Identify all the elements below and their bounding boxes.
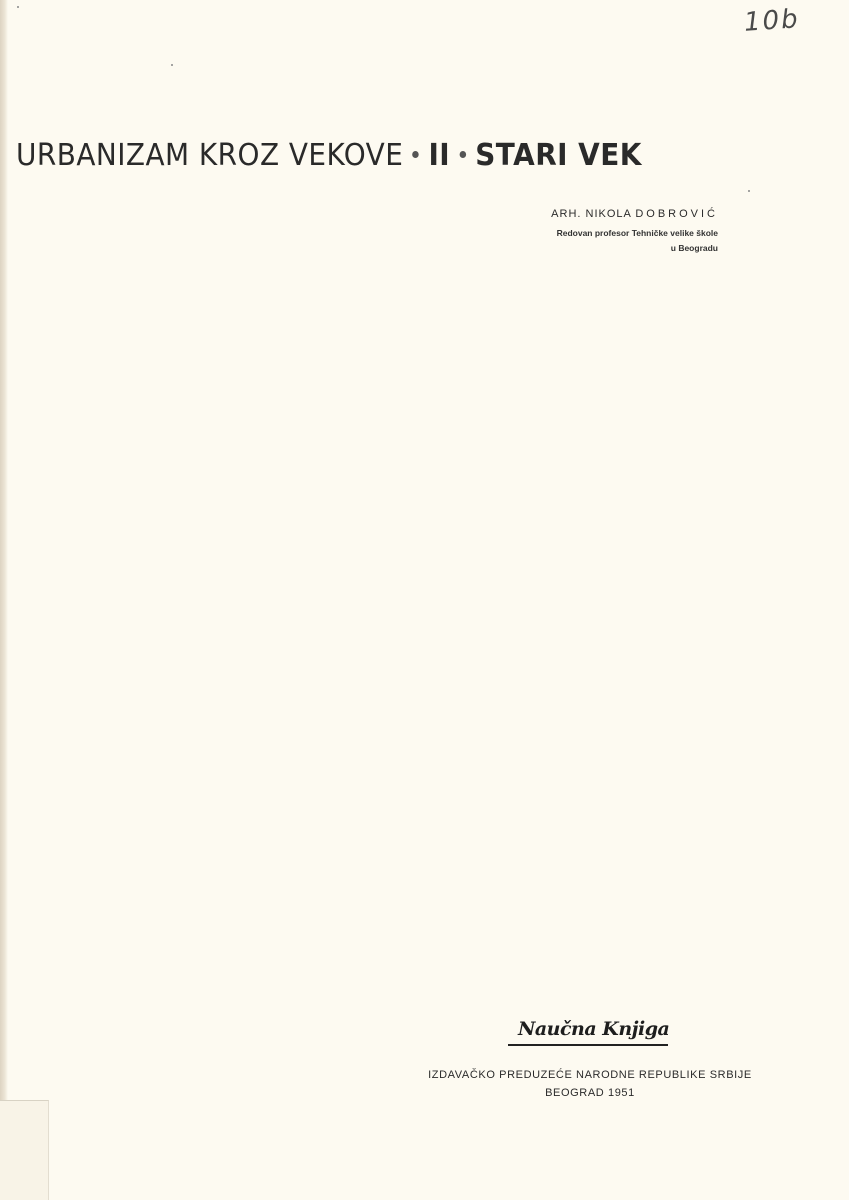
title-volume: II [428, 138, 450, 173]
publisher-logo: Naučna Knjiga [508, 1016, 678, 1056]
book-title: URBANIZAM KROZ VEKOVEIISTARI VEK [16, 138, 642, 173]
author-prefix: ARH. NIKOLA [551, 208, 631, 220]
paper-speck [748, 190, 750, 192]
publisher-name: IZDAVAČKO PREDUZEĆE NARODNE REPUBLIKE SR… [380, 1066, 800, 1084]
author-position-line-2: u Beogradu [500, 241, 718, 256]
title-page: 10b URBANIZAM KROZ VEKOVEIISTARI VEK ARH… [0, 0, 849, 1200]
library-label-patch [0, 1100, 49, 1200]
author-surname: DOBROVIĆ [635, 208, 718, 220]
handwritten-annotation: 10b [743, 4, 801, 38]
publisher-logo-text: Naučna Knjiga [518, 1018, 669, 1040]
bullet-separator-icon [413, 151, 420, 158]
paper-speck [17, 6, 19, 8]
author-position-line-1: Redovan profesor Tehničke velike škole [500, 226, 718, 241]
binding-edge-shadow [0, 0, 8, 1200]
title-main: URBANIZAM KROZ VEKOVE [16, 138, 403, 173]
title-subtitle: STARI VEK [475, 138, 642, 173]
author-block: ARH. NIKOLA DOBROVIĆ Redovan profesor Te… [500, 208, 718, 256]
author-name: ARH. NIKOLA DOBROVIĆ [500, 208, 718, 220]
publisher-imprint: IZDAVAČKO PREDUZEĆE NARODNE REPUBLIKE SR… [380, 1066, 800, 1102]
bullet-separator-icon [459, 151, 466, 158]
publication-place-year: BEOGRAD 1951 [380, 1084, 800, 1102]
paper-speck [171, 64, 173, 66]
publisher-logo-underline [508, 1044, 668, 1046]
